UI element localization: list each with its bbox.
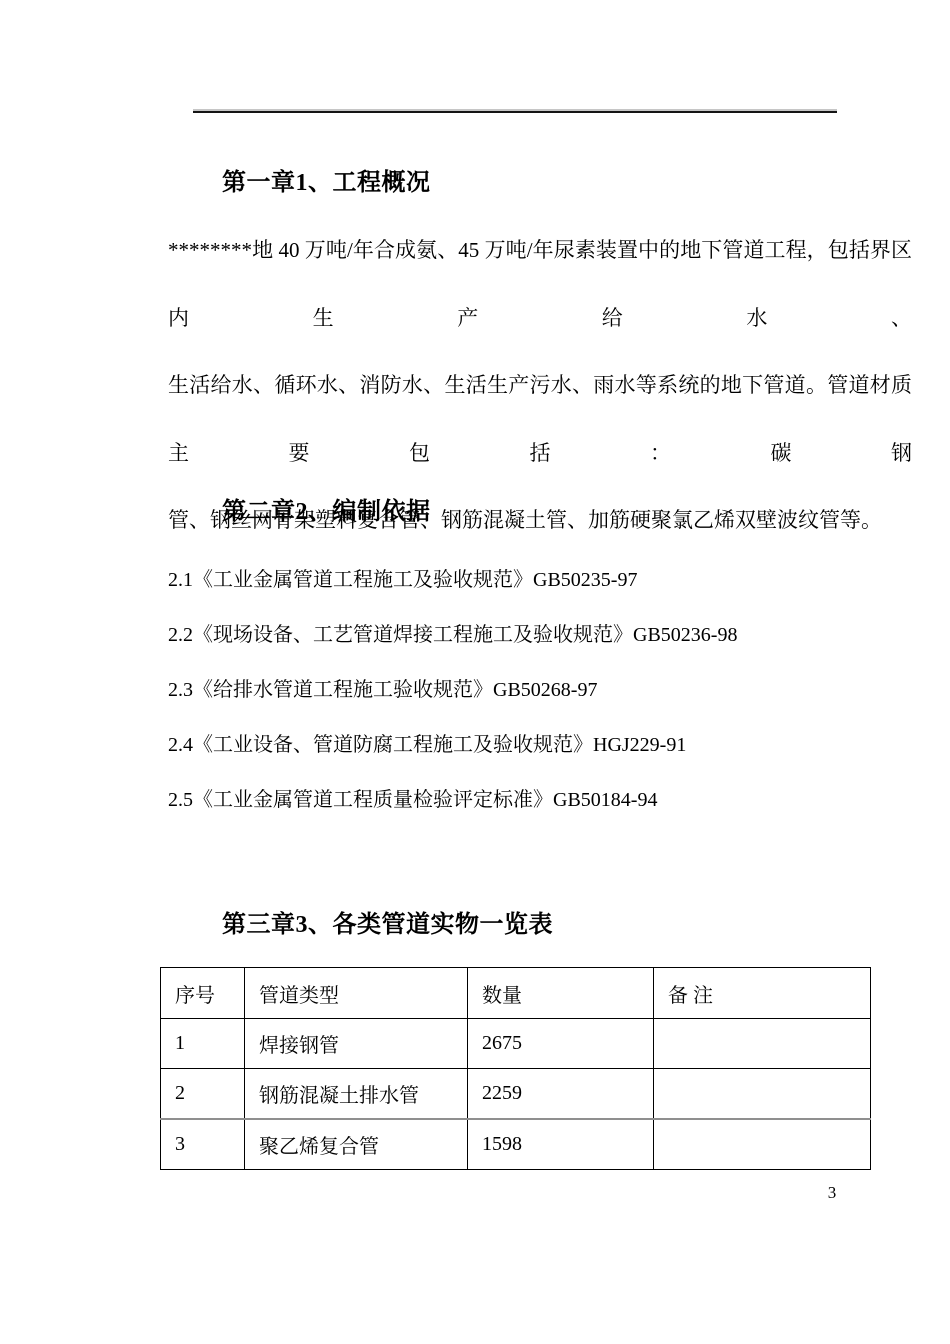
table-cell: 聚乙烯复合管	[245, 1119, 468, 1170]
table-cell	[654, 1019, 871, 1069]
table-cell: 焊接钢管	[245, 1019, 468, 1069]
table-header-cell: 序号	[161, 968, 245, 1019]
table-header-row: 序号管道类型数量备 注	[161, 968, 871, 1019]
chapter2-heading: 第二章2、编制依据	[222, 497, 431, 527]
chapter3-heading: 第三章3、各类管道实物一览表	[222, 910, 553, 940]
reference-item: 2.2《现场设备、工艺管道焊接工程施工及验收规范》GB50236-98	[168, 608, 928, 663]
table-cell: 1	[161, 1019, 245, 1069]
table-header-cell: 管道类型	[245, 968, 468, 1019]
reference-item: 2.4《工业设备、管道防腐工程施工及验收规范》HGJ229-91	[168, 718, 928, 773]
table-row: 1焊接钢管2675	[161, 1019, 871, 1069]
reference-item: 2.3《给排水管道工程施工验收规范》GB50268-97	[168, 663, 928, 718]
table-cell: 1598	[468, 1119, 654, 1170]
reference-item: 2.1《工业金属管道工程施工及验收规范》GB50235-97	[168, 553, 928, 608]
table-row: 2钢筋混凝土排水管2259	[161, 1069, 871, 1120]
document-page: 第一章1、工程概况 ********地 40 万吨/年合成氨、45 万吨/年尿素…	[0, 0, 950, 1344]
page-number: 3	[820, 1183, 844, 1203]
table-cell: 2259	[468, 1069, 654, 1120]
header-divider	[193, 111, 837, 113]
table-cell	[654, 1069, 871, 1120]
table-cell: 2675	[468, 1019, 654, 1069]
table-cell: 3	[161, 1119, 245, 1170]
table-cell: 钢筋混凝土排水管	[245, 1069, 468, 1120]
references-list: 2.1《工业金属管道工程施工及验收规范》GB50235-972.2《现场设备、工…	[168, 553, 928, 828]
paragraph-line: ********地 40 万吨/年合成氨、45 万吨/年尿素装置中的地下管道工程…	[168, 217, 912, 352]
table-cell	[654, 1119, 871, 1170]
table-body: 1焊接钢管26752钢筋混凝土排水管22593聚乙烯复合管1598	[161, 1019, 871, 1170]
reference-item: 2.5《工业金属管道工程质量检验评定标准》GB50184-94	[168, 773, 928, 828]
table-header-cell: 数量	[468, 968, 654, 1019]
paragraph-line: 生活给水、循环水、消防水、生活生产污水、雨水等系统的地下管道。管道材质主要包括：…	[168, 352, 912, 487]
pipe-summary-table: 序号管道类型数量备 注 1焊接钢管26752钢筋混凝土排水管22593聚乙烯复合…	[160, 967, 871, 1170]
table-header-cell: 备 注	[654, 968, 871, 1019]
chapter1-heading: 第一章1、工程概况	[222, 168, 431, 198]
table-row: 3聚乙烯复合管1598	[161, 1119, 871, 1170]
table-cell: 2	[161, 1069, 245, 1120]
